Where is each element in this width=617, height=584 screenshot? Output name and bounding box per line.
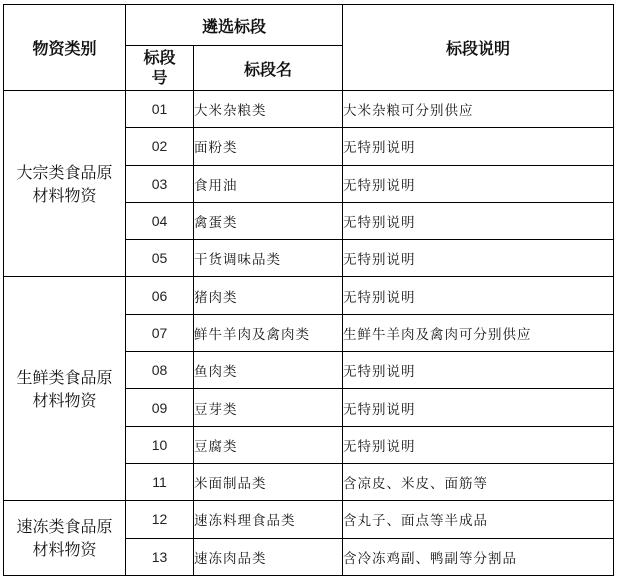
lot-number: 04 (126, 202, 194, 239)
header-row-1: 物资类别 遴选标段 标段说明 (4, 5, 614, 46)
lot-number: 13 (126, 538, 194, 575)
category-cell: 大宗类食品原材料物资 (4, 91, 126, 277)
header-lot-name: 标段名 (194, 46, 343, 91)
lot-number: 02 (126, 128, 194, 165)
header-category: 物资类别 (4, 5, 126, 91)
lot-number: 09 (126, 389, 194, 426)
lot-name: 猪肉类 (194, 277, 343, 314)
header-lot-description: 标段说明 (343, 5, 614, 91)
lot-number: 08 (126, 352, 194, 389)
category-cell: 生鲜类食品原材料物资 (4, 277, 126, 501)
lot-description: 无特别说明 (343, 277, 614, 314)
lot-description: 含丸子、面点等半成品 (343, 501, 614, 538)
category-label: 速冻类食品原材料物资 (13, 515, 117, 561)
lot-description: 无特别说明 (343, 165, 614, 202)
lot-description: 含冷冻鸡副、鸭副等分割品 (343, 538, 614, 575)
lot-name: 鲜牛羊肉及禽肉类 (194, 314, 343, 351)
lot-number: 10 (126, 426, 194, 463)
lot-description: 大米杂粮可分别供应 (343, 91, 614, 128)
lot-description: 无特别说明 (343, 352, 614, 389)
table-row: 速冻类食品原材料物资 12 速冻料理食品类 含丸子、面点等半成品 (4, 501, 614, 538)
lot-number: 03 (126, 165, 194, 202)
category-label: 大宗类食品原材料物资 (13, 161, 117, 207)
lot-number: 11 (126, 463, 194, 500)
lot-name: 速冻料理食品类 (194, 501, 343, 538)
header-lot-number-text: 标段号 (142, 48, 178, 88)
lot-description: 无特别说明 (343, 128, 614, 165)
lot-number: 06 (126, 277, 194, 314)
lot-description: 无特别说明 (343, 202, 614, 239)
lot-name: 食用油 (194, 165, 343, 202)
lot-name: 干货调味品类 (194, 240, 343, 277)
lot-name: 豆芽类 (194, 389, 343, 426)
lot-description: 生鲜牛羊肉及禽肉可分别供应 (343, 314, 614, 351)
lot-name: 面粉类 (194, 128, 343, 165)
lot-name: 豆腐类 (194, 426, 343, 463)
lot-description: 无特别说明 (343, 240, 614, 277)
table-row: 生鲜类食品原材料物资 06 猪肉类 无特别说明 (4, 277, 614, 314)
category-cell: 速冻类食品原材料物资 (4, 501, 126, 576)
lot-name: 米面制品类 (194, 463, 343, 500)
lot-name: 禽蛋类 (194, 202, 343, 239)
lot-name: 大米杂粮类 (194, 91, 343, 128)
lot-number: 05 (126, 240, 194, 277)
lot-description: 无特别说明 (343, 426, 614, 463)
table-row: 大宗类食品原材料物资 01 大米杂粮类 大米杂粮可分别供应 (4, 91, 614, 128)
lot-number: 01 (126, 91, 194, 128)
header-lot-number: 标段号 (126, 46, 194, 91)
lot-name: 速冻肉品类 (194, 538, 343, 575)
lot-description: 含凉皮、米皮、面筋等 (343, 463, 614, 500)
header-selected-lot: 遴选标段 (126, 5, 343, 46)
lot-description: 无特别说明 (343, 389, 614, 426)
lot-number: 12 (126, 501, 194, 538)
lot-table: 物资类别 遴选标段 标段说明 标段号 标段名 大宗类食品原材料物资 01 大米杂… (3, 4, 614, 576)
lot-name: 鱼肉类 (194, 352, 343, 389)
lot-number: 07 (126, 314, 194, 351)
category-label: 生鲜类食品原材料物资 (13, 366, 117, 412)
